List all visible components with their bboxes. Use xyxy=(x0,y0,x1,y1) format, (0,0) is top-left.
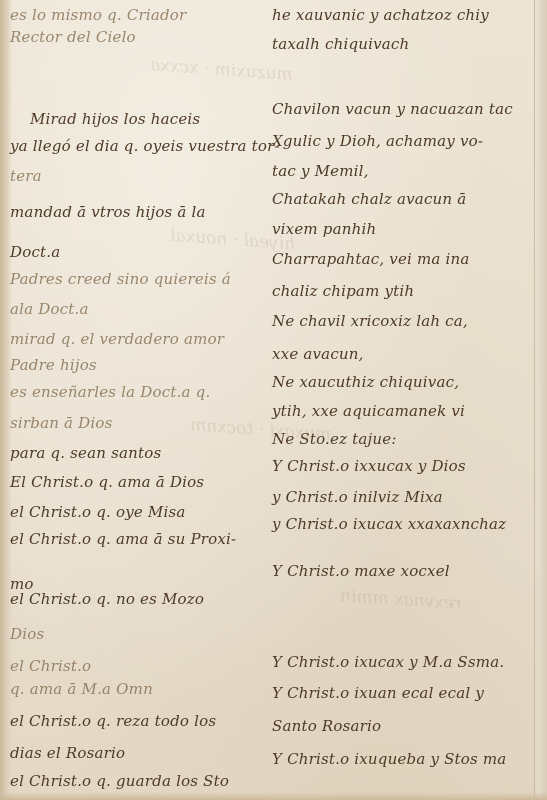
manuscript-line-left: el Christ.o q. no es Mozo xyxy=(10,590,204,608)
manuscript-line-right: Y Christ.o maxe xocxel xyxy=(272,562,450,580)
manuscript-line-right: xxe avacun, xyxy=(272,345,364,363)
manuscript-line-right: Ne xaucuthiz chiquivac, xyxy=(272,373,459,391)
manuscript-line-left: es enseñarles la Doct.a q. xyxy=(10,383,210,401)
manuscript-line-right: Y Christ.o ixuqueba y Stos ma xyxy=(272,750,506,768)
manuscript-line-right: Charrapahtac, vei ma ina xyxy=(272,250,470,268)
manuscript-line-right: Chatakah chalz avacun ā xyxy=(272,190,466,208)
manuscript-line-right: Santo Rosario xyxy=(272,717,381,735)
manuscript-line-right: chaliz chipam ytih xyxy=(272,282,414,300)
manuscript-line-left: Doct.a xyxy=(10,243,60,261)
manuscript-line-right: he xauvanic y achatzoz chiy xyxy=(272,6,489,24)
manuscript-line-left: Mirad hijos los haceis xyxy=(30,110,200,128)
manuscript-line-left: mandad ā vtros hijos ā la xyxy=(10,203,206,221)
manuscript-line-right: Y Christ.o ixuan ecal ecal y xyxy=(272,684,484,702)
manuscript-line-left: Padre hijos xyxy=(10,356,97,374)
manuscript-line-left: Dios xyxy=(10,625,44,643)
page-bottom-edge xyxy=(0,792,547,800)
manuscript-line-right: ytih, xxe aquicamanek vi xyxy=(272,402,465,420)
manuscript-line-left: es lo mismo q. Criador xyxy=(10,6,186,24)
manuscript-line-right: Xgulic y Dioh, achamay vo- xyxy=(272,132,483,150)
manuscript-line-left: Rector del Cielo xyxy=(10,28,136,46)
manuscript-line-left: para q. sean santos xyxy=(10,444,161,462)
manuscript-line-right: Ne chavil xricoxiz lah ca, xyxy=(272,312,468,330)
page-right-edge xyxy=(534,0,547,800)
manuscript-line-left: ya llegó el dia q. oyeis vuestra tor- xyxy=(10,137,280,155)
show-through-text: muzuxim · xcxxa xyxy=(149,55,293,85)
manuscript-line-left: dias el Rosario xyxy=(10,744,125,762)
manuscript-line-left: el Christ.o q. reza todo los xyxy=(10,712,216,730)
show-through-text: rexvnax mmin xyxy=(339,586,462,614)
manuscript-line-left: El Christ.o q. ama ā Dios xyxy=(10,473,204,491)
manuscript-line-left: mirad q. el verdadero amor xyxy=(10,330,224,348)
manuscript-line-right: taxalh chiquivach xyxy=(272,35,409,53)
manuscript-line-right: y Christ.o ixucax xxaxaxnchaz xyxy=(272,515,506,533)
manuscript-line-left: sirban ā Dios xyxy=(10,414,113,432)
manuscript-line-left: tera xyxy=(10,167,42,185)
manuscript-line-left: el Christ.o xyxy=(10,657,91,675)
manuscript-line-left: ala Doct.a xyxy=(10,300,89,318)
manuscript-line-right: Y Christ.o ixxucax y Dios xyxy=(272,457,466,475)
manuscript-line-left: q. ama ā M.a Omn xyxy=(10,680,153,698)
manuscript-line-left: el Christ.o q. oye Misa xyxy=(10,503,186,521)
manuscript-line-left: el Christ.o q. guarda los Sto xyxy=(10,772,229,790)
manuscript-line-left: Padres creed sino quiereis á xyxy=(10,270,231,288)
manuscript-line-right: Ne Sto.ez tajue: xyxy=(272,430,397,448)
manuscript-line-right: y Christ.o inilviz Mixa xyxy=(272,488,443,506)
manuscript-line-right: Y Christ.o ixucax y M.a Ssma. xyxy=(272,653,504,671)
manuscript-page: muzuxim · xcxxa hiyeal · nouxal muxaxi ·… xyxy=(0,0,547,800)
manuscript-line-right: vixem panhih xyxy=(272,220,376,238)
manuscript-line-right: tac y Memil, xyxy=(272,162,369,180)
manuscript-line-right: Chavilon vacun y nacuazan tac xyxy=(272,100,513,118)
manuscript-line-left: el Christ.o q. ama ā su Proxi- xyxy=(10,530,236,548)
